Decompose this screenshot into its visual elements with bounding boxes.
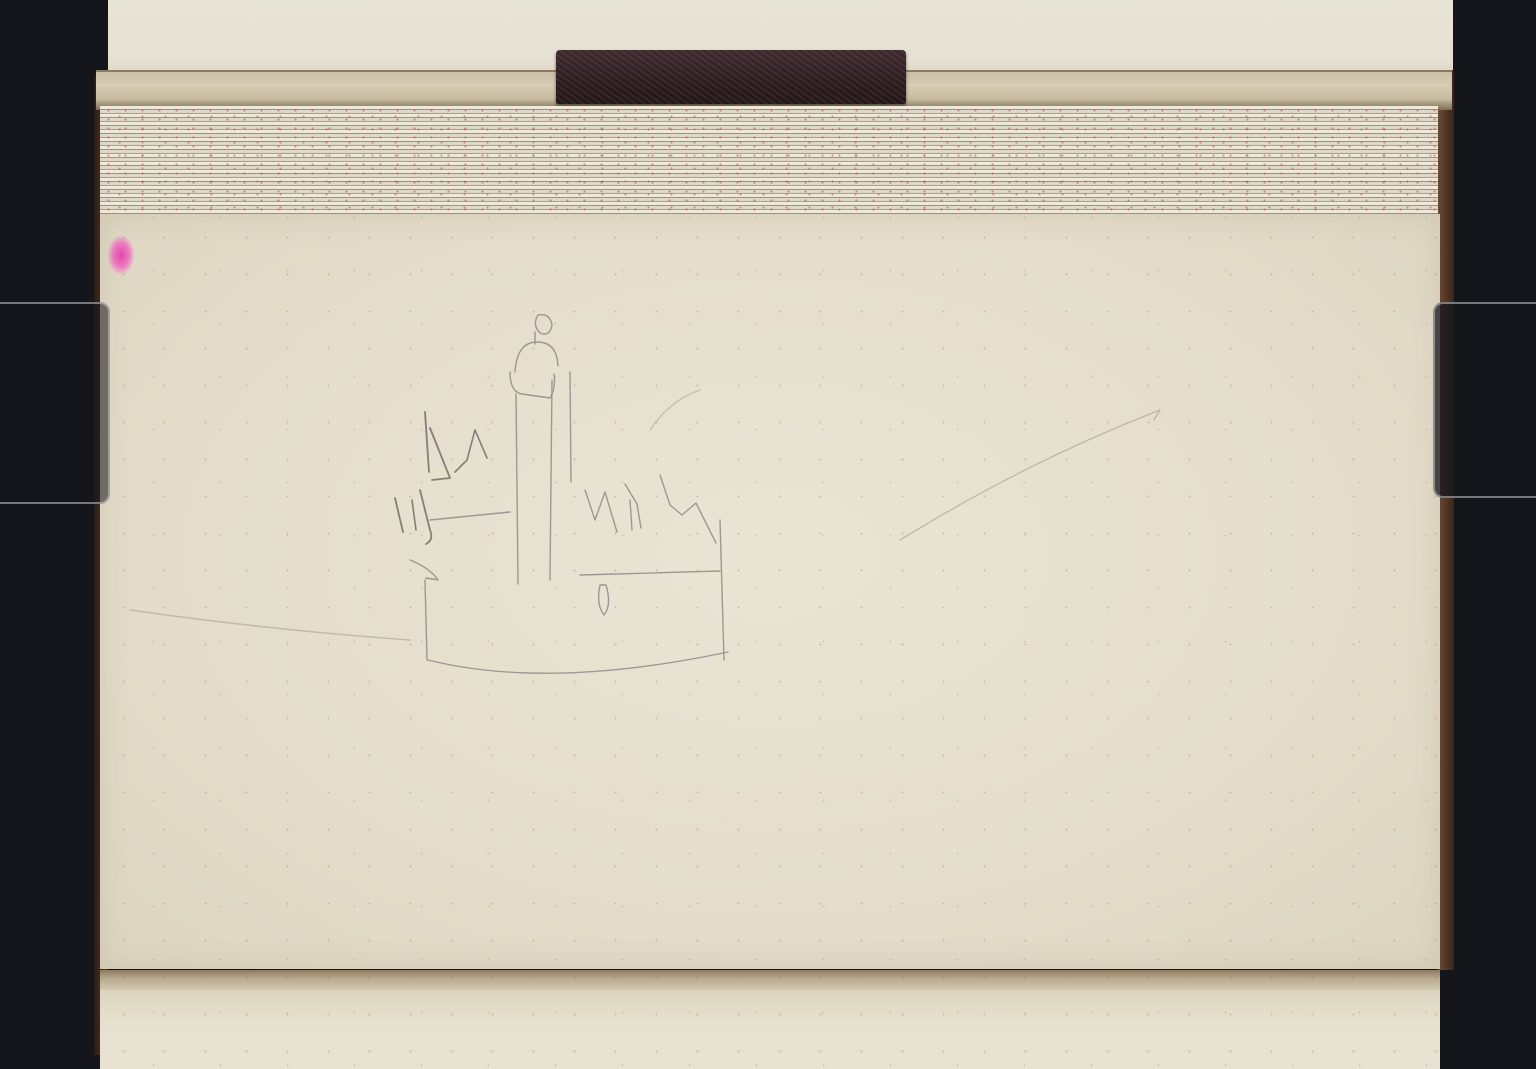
glass-clip-left [0, 302, 110, 504]
sketchbook-photo [0, 0, 1536, 1069]
pencil-sketch [0, 0, 1536, 1069]
glass-clip-right [1433, 302, 1536, 498]
